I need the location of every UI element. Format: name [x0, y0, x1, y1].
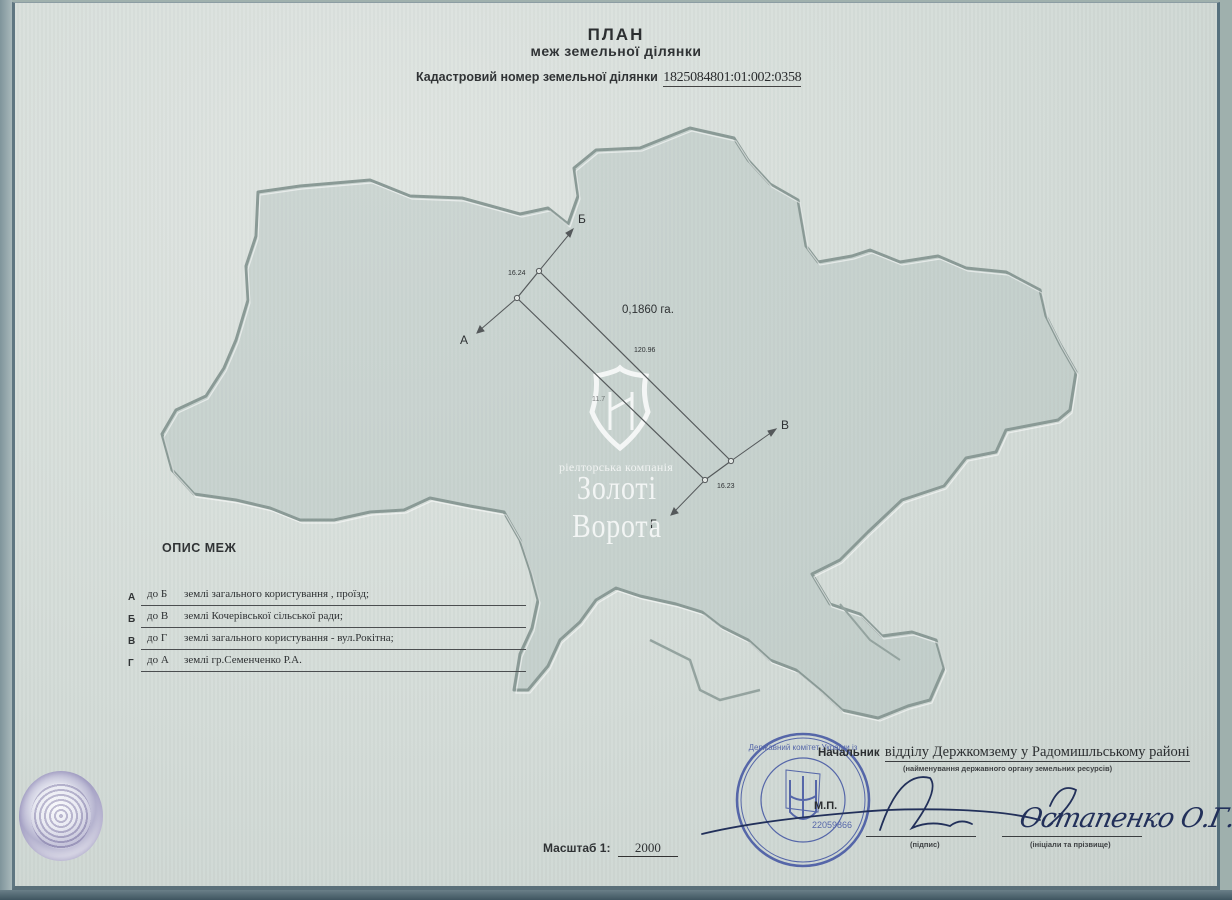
boundary-underline	[141, 627, 526, 628]
boundary-from: Г	[128, 658, 134, 669]
side-length-g-a: 11.7	[592, 396, 605, 403]
boundary-to: до Б	[147, 588, 167, 600]
organization-hint: (найменування державного органу земельни…	[903, 764, 1112, 773]
side-length-v-g: 16.23	[717, 483, 735, 490]
cadastral-number-label: Кадастровий номер земельної ділянки	[416, 70, 658, 84]
boundary-to: до А	[147, 654, 169, 666]
chief-line: Начальник відділу Держкомзему у Радомишл…	[818, 744, 1190, 761]
boundary-from: Б	[128, 614, 135, 625]
boundary-underline	[141, 649, 526, 650]
boundary-to: до Г	[147, 632, 167, 644]
name-hint: (ініціали та прізвище)	[1030, 840, 1111, 849]
signature-line	[866, 836, 976, 837]
boundary-from: А	[128, 592, 135, 603]
boundary-row: Г до А землі гр.Семенченко Р.А.	[128, 652, 526, 672]
scale-value: 2000	[618, 840, 678, 857]
handwritten-name: Остапенко О.Г.	[1017, 803, 1232, 834]
corner-label-a: А	[460, 333, 468, 347]
cadastral-number-line: Кадастровий номер земельної ділянки 1825…	[416, 70, 801, 86]
corner-label-v: В	[781, 418, 789, 432]
chief-label: Начальник	[818, 747, 880, 759]
boundary-description: землі загального користування , проїзд;	[184, 588, 369, 600]
boundary-description: землі Кочерівської сільської ради;	[184, 610, 343, 622]
boundary-underline	[141, 671, 526, 672]
scale-label: Масштаб 1:	[543, 841, 610, 855]
boundary-description: землі загального користування - вул.Рокі…	[184, 632, 394, 644]
boundary-underline	[141, 605, 526, 606]
side-length-b-v: 120.96	[634, 347, 655, 354]
boundary-row: А до Б землі загального користування , п…	[128, 586, 526, 606]
boundary-description: землі гр.Семенченко Р.А.	[184, 654, 302, 666]
map-scale: Масштаб 1: 2000	[543, 840, 678, 857]
side-length-a-b: 16.24	[508, 270, 526, 277]
cadastral-number-value: 1825084801:01:002:0358	[663, 70, 801, 87]
svg-text:22059866: 22059866	[812, 820, 852, 830]
hologram-seal-icon	[19, 771, 103, 861]
signature-hint: (підпис)	[910, 840, 940, 849]
watermark-brand: Золоті Ворота	[531, 470, 703, 546]
document-title: ПЛАН	[0, 25, 1232, 45]
parcel-area: 0,1860 га.	[622, 304, 674, 316]
boundary-row: Б до В землі Кочерівської сільської ради…	[128, 608, 526, 628]
boundary-from: В	[128, 636, 135, 647]
organization-name: відділу Держкомзему у Радомишльському ра…	[885, 744, 1190, 762]
boundary-to: до В	[147, 610, 168, 622]
boundaries-title: ОПИС МЕЖ	[162, 541, 236, 555]
name-line	[1002, 836, 1142, 837]
stamp-label: М.П.	[814, 800, 837, 812]
boundary-row: В до Г землі загального користування - в…	[128, 630, 526, 650]
document-subtitle: меж земельної ділянки	[0, 43, 1232, 59]
trident-icon	[790, 776, 816, 819]
corner-label-b: Б	[578, 212, 586, 226]
